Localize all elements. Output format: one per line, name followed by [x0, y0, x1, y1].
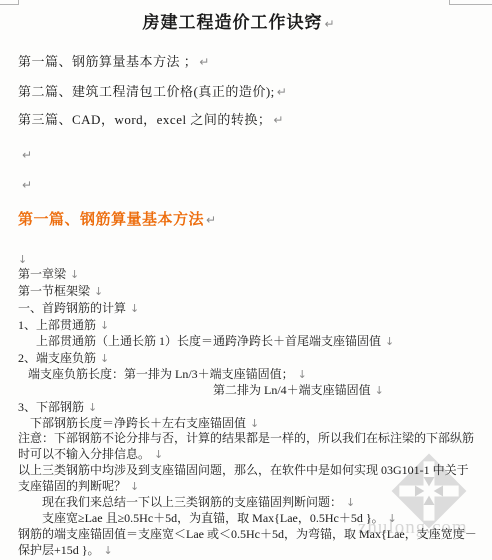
- line-break-mark: ↓: [94, 285, 103, 298]
- body-line: 端支座负筋长度：第一排为 Ln/3＋端支座锚固值；↓: [28, 367, 307, 382]
- intro-line-2: 第二篇、建筑工程清包工价格(真正的造价);↵: [18, 81, 287, 100]
- paragraph-mark: ↵: [22, 148, 32, 162]
- line-break-mark: ↓: [88, 401, 97, 414]
- body-line-text: 端支座负筋长度：第一排为 Ln/3＋端支座锚固值；: [28, 367, 294, 381]
- line-break-mark: ↓: [130, 480, 139, 493]
- body-line: 以上三类钢筋中均涉及到支座锚固问题，那么，在软件中是如何实现 03G101-1 …: [18, 463, 469, 477]
- body-line-text: 第二排为 Ln/4＋端支座锚固值: [213, 383, 371, 397]
- body-line-text: 上部贯通筋（上通长筋 1）长度＝通跨净跨长＋首尾端支座锚固值: [36, 334, 381, 348]
- body-line-text: 第一节框架梁: [18, 284, 90, 298]
- paragraph-mark: ↵: [22, 178, 32, 192]
- body-line: 3、下部钢筋↓: [18, 400, 97, 415]
- text-boundary-mark-top-left-v: [18, 0, 19, 5]
- body-line: 一、首跨钢筋的计算↓: [18, 301, 139, 316]
- word-document-page[interactable]: zhulong.com 房建工程造价工作诀窍↵ 第一篇、钢筋算量基本方法 ；↵ …: [0, 0, 492, 560]
- intro-line-3: 第三篇、CAD，word，excel 之间的转换；↵: [18, 109, 284, 128]
- line-break-mark: ↓: [346, 496, 355, 509]
- body-line-text: 第一章梁: [18, 267, 66, 281]
- section-heading-text: 第一篇、钢筋算量基本方法: [18, 212, 204, 228]
- empty-line: ↓: [18, 252, 27, 267]
- paragraph-mark: ↵: [199, 55, 210, 69]
- body-line: 第一节框架梁↓: [18, 284, 103, 299]
- body-line: 注意：下部钢筋不论分排与否，计算的结果都是一样的，所以我们在标注梁的下部纵筋: [18, 431, 474, 445]
- line-break-mark: ↓: [70, 268, 79, 281]
- paragraph-mark: ↵: [324, 17, 335, 31]
- line-break-mark: ↓: [154, 448, 163, 461]
- body-line: 第一章梁↓: [18, 267, 79, 282]
- body-line-text: 下部钢筋长度＝净跨长＋左右支座锚固值: [30, 416, 246, 430]
- line-break-mark: ↓: [250, 417, 259, 430]
- document-title: 房建工程造价工作诀窍↵: [0, 8, 478, 33]
- line-break-mark: ↓: [298, 368, 307, 381]
- body-line: 第二排为 Ln/4＋端支座锚固值↓: [213, 383, 384, 398]
- body-line: 1、上部贯通筋↓: [18, 318, 109, 333]
- body-line: 保护层+15d }。↓: [18, 543, 113, 558]
- body-line-text: 一、首跨钢筋的计算: [18, 301, 126, 315]
- body-line-text: 支座宽≥Lae 且≥0.5Hc＋5d，为直锚，取 Max{Lae，0.5Hc＋5…: [42, 511, 384, 525]
- body-line-text: 保护层+15d }。: [18, 543, 100, 557]
- body-line-text: 3、下部钢筋: [18, 400, 84, 414]
- body-line-text: 注意：下部钢筋不论分排与否，计算的结果都是一样的，所以我们在标注梁的下部纵筋: [18, 431, 474, 445]
- body-line-text: 以上三类钢筋中均涉及到支座锚固问题，那么，在软件中是如何实现 03G101-1 …: [18, 463, 469, 477]
- text-boundary-mark-top-right-h: [449, 4, 492, 5]
- body-line: 上部贯通筋（上通长筋 1）长度＝通跨净跨长＋首尾端支座锚固值↓: [36, 334, 394, 349]
- line-break-mark: ↓: [100, 352, 109, 365]
- body-line: 2、端支座负筋↓: [18, 351, 109, 366]
- section-heading: 第一篇、钢筋算量基本方法↵: [18, 208, 217, 229]
- body-line-text: 钢筋的端支座锚固值＝支座宽＜Lae 或＜0.5Hc＋5d，为弯锚，取 Max{L…: [18, 527, 477, 541]
- body-line-text: 现在我们来总结一下以上三类钢筋的支座锚固判断问题：: [42, 495, 342, 509]
- empty-paragraph: ↵: [20, 176, 32, 194]
- document-title-text: 房建工程造价工作诀窍: [142, 13, 322, 32]
- body-line: 支座锚固的判断呢？↓: [18, 479, 139, 494]
- line-break-mark: ↓: [375, 384, 384, 397]
- text-boundary-mark-top-left-h: [0, 4, 18, 5]
- body-line-text: 时可以不输入分排信息。: [18, 447, 150, 461]
- line-break-mark: ↓: [385, 335, 394, 348]
- intro-line-3-text: 第三篇、CAD，word，excel 之间的转换；: [18, 112, 271, 127]
- line-break-mark: ↓: [100, 319, 109, 332]
- body-line: 支座宽≥Lae 且≥0.5Hc＋5d，为直锚，取 Max{Lae，0.5Hc＋5…: [42, 511, 397, 526]
- body-line-text: 2、端支座负筋: [18, 351, 96, 365]
- line-break-mark: ↓: [388, 512, 397, 525]
- intro-line-1: 第一篇、钢筋算量基本方法 ；↵: [18, 51, 210, 70]
- body-line-text: 1、上部贯通筋: [18, 318, 96, 332]
- paragraph-mark: ↵: [277, 85, 288, 99]
- line-break-mark: ↓: [104, 544, 113, 557]
- empty-paragraph: ↵: [20, 146, 32, 164]
- paragraph-mark: ↵: [206, 213, 217, 227]
- intro-line-1-text: 第一篇、钢筋算量基本方法 ；: [18, 54, 197, 69]
- line-break-mark: ↓: [18, 253, 27, 266]
- body-line-text: 支座锚固的判断呢？: [18, 479, 126, 493]
- body-line: 钢筋的端支座锚固值＝支座宽＜Lae 或＜0.5Hc＋5d，为弯锚，取 Max{L…: [18, 527, 477, 541]
- body-line: 现在我们来总结一下以上三类钢筋的支座锚固判断问题：↓: [42, 495, 355, 510]
- line-break-mark: ↓: [130, 302, 139, 315]
- body-line: 下部钢筋长度＝净跨长＋左右支座锚固值↓: [30, 416, 259, 431]
- intro-line-2-text: 第二篇、建筑工程清包工价格(真正的造价);: [18, 84, 275, 99]
- text-boundary-mark-top-right-v: [449, 0, 450, 5]
- paragraph-mark: ↵: [273, 113, 284, 127]
- body-line: 时可以不输入分排信息。↓: [18, 447, 163, 462]
